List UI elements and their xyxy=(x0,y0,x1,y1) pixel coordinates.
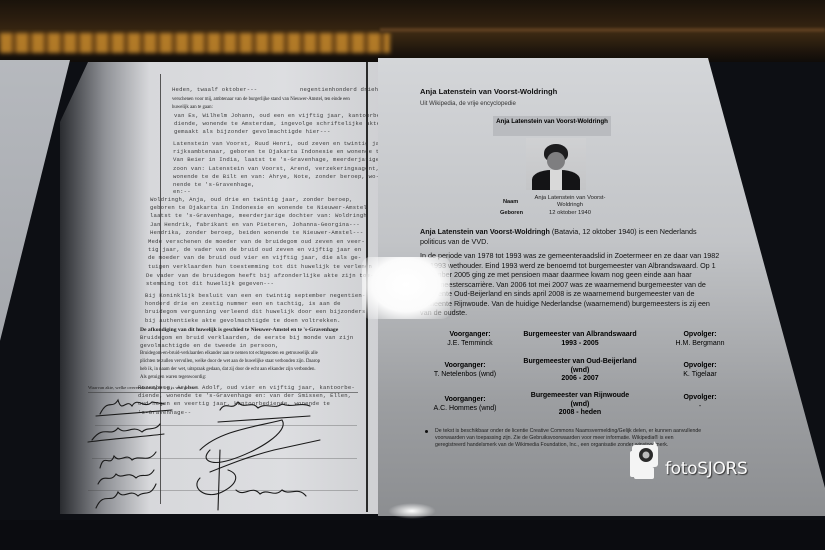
predecessor-label: Voorganger: xyxy=(420,396,510,405)
successor-name: H.M. Bergmann xyxy=(660,340,740,349)
office-title: Burgemeester van Rijnwoude xyxy=(512,392,648,401)
successor-name: - xyxy=(660,403,740,412)
office-title: Burgemeester van Albrandswaard xyxy=(512,331,648,340)
office-qualifier: (wnd) xyxy=(512,367,648,376)
predecessor-name: A.C. Hommes (wnd) xyxy=(420,405,510,414)
certificate-intro: verschenen voor mij, ambtenaar van de bu… xyxy=(172,96,350,104)
bullet-icon xyxy=(425,430,428,433)
certificate-witness-consent: Mede verschenen de moeder van de bruideg… xyxy=(148,238,372,271)
succession-row-rijnwoude: Voorganger:A.C. Hommes (wnd) Burgemeeste… xyxy=(420,392,760,426)
successor-label: Opvolger: xyxy=(660,362,740,371)
office-qualifier: (wnd) xyxy=(512,401,648,410)
succession-row-oud-beijerland: Voorganger:T. Netelenbos (wnd) Burgemees… xyxy=(420,358,760,392)
certificate-declaration-1: De afkondiging van dit huwelijk is gesch… xyxy=(140,326,338,334)
lead-subject: Anja Latenstein van Voorst-Woldringh xyxy=(420,227,550,236)
certificate-declaration-4: Bruidegom-en-bruid-verklaarden elkander … xyxy=(140,350,318,358)
successor-label: Opvolger: xyxy=(660,331,740,340)
predecessor-label: Voorganger: xyxy=(420,362,510,371)
predecessor-name: T. Netelenbos (wnd) xyxy=(420,371,510,380)
office-period: 1993 - 2005 xyxy=(512,340,648,349)
certificate-royal-decree: Bij Koninklijk besluit van een en twinti… xyxy=(145,292,369,325)
portrait-photo xyxy=(526,138,586,190)
certificate-intro-2: huwelijk aan te gaan: xyxy=(172,104,213,112)
successor-label: Opvolger: xyxy=(660,394,740,403)
shelf-light-band xyxy=(0,33,390,53)
certificate-father-consent: De vader van de bruidegom heeft bij afzo… xyxy=(146,272,374,288)
watermark-text: fotoSJORS xyxy=(665,459,748,479)
certificate-declaration-3: gevolmachtigde en de tweede in persoon, xyxy=(140,342,279,350)
display-bottom-edge xyxy=(0,520,825,550)
office-period: 2008 - heden xyxy=(512,409,648,418)
camera-hand-icon xyxy=(628,437,662,481)
signatures-block xyxy=(60,380,380,515)
office-title: Burgemeester van Oud-Beijerland xyxy=(512,358,648,367)
certificate-groom-proxy: van Es, Wilhelm Johann, oud een en vijft… xyxy=(174,112,395,137)
glare-reflection xyxy=(362,257,450,319)
certificate-bride: Woldringh, Anja, oud drie en twintig jaa… xyxy=(150,196,367,237)
infobox-name-label: Naam xyxy=(503,199,518,205)
photo-scene: Heden, twaalf oktober--- negentienhonder… xyxy=(0,0,825,550)
certificate-and: en:-- xyxy=(173,188,191,196)
article-title: Anja Latenstein van Voorst-Woldringh xyxy=(420,87,557,96)
infobox-header: Anja Latenstein van Voorst-Woldringh xyxy=(493,116,611,136)
infobox-name-value: Anja Latenstein van Voorst-Woldringh xyxy=(525,195,615,209)
successor-name: K. Tigelaar xyxy=(660,371,740,380)
certificate-declaration-5: plichten te zullen vervullen, welke door… xyxy=(140,358,320,366)
predecessor-name: J.E. Temminck xyxy=(430,340,510,349)
article-subtitle: Uit Wikipedia, de vrije encyclopedie xyxy=(420,100,516,107)
article-paragraph: In de periode van 1978 tot 1993 was ze g… xyxy=(420,251,722,318)
infobox-born-label: Geboren xyxy=(500,210,523,216)
photographer-watermark: fotoSJORS xyxy=(628,437,758,483)
infobox-born-value: 12 oktober 1940 xyxy=(525,210,615,217)
shelf-edge xyxy=(380,28,825,32)
office-period: 2006 - 2007 xyxy=(512,375,648,384)
certificate-declaration-2: Bruidegom en bruid verklaarden, de eerst… xyxy=(140,334,353,342)
certificate-declaration-6: heb ik, in naam der wet, uitspraak gedaa… xyxy=(140,366,316,374)
certificate-header: Heden, twaalf oktober--- xyxy=(172,86,257,94)
predecessor-label: Voorganger: xyxy=(430,331,510,340)
article-lead: Anja Latenstein van Voorst-Woldringh (Ba… xyxy=(420,227,720,246)
glare-reflection-small xyxy=(388,503,436,519)
certificate-groom: Latenstein van Voorst, Ruud Henri, oud z… xyxy=(173,140,386,189)
